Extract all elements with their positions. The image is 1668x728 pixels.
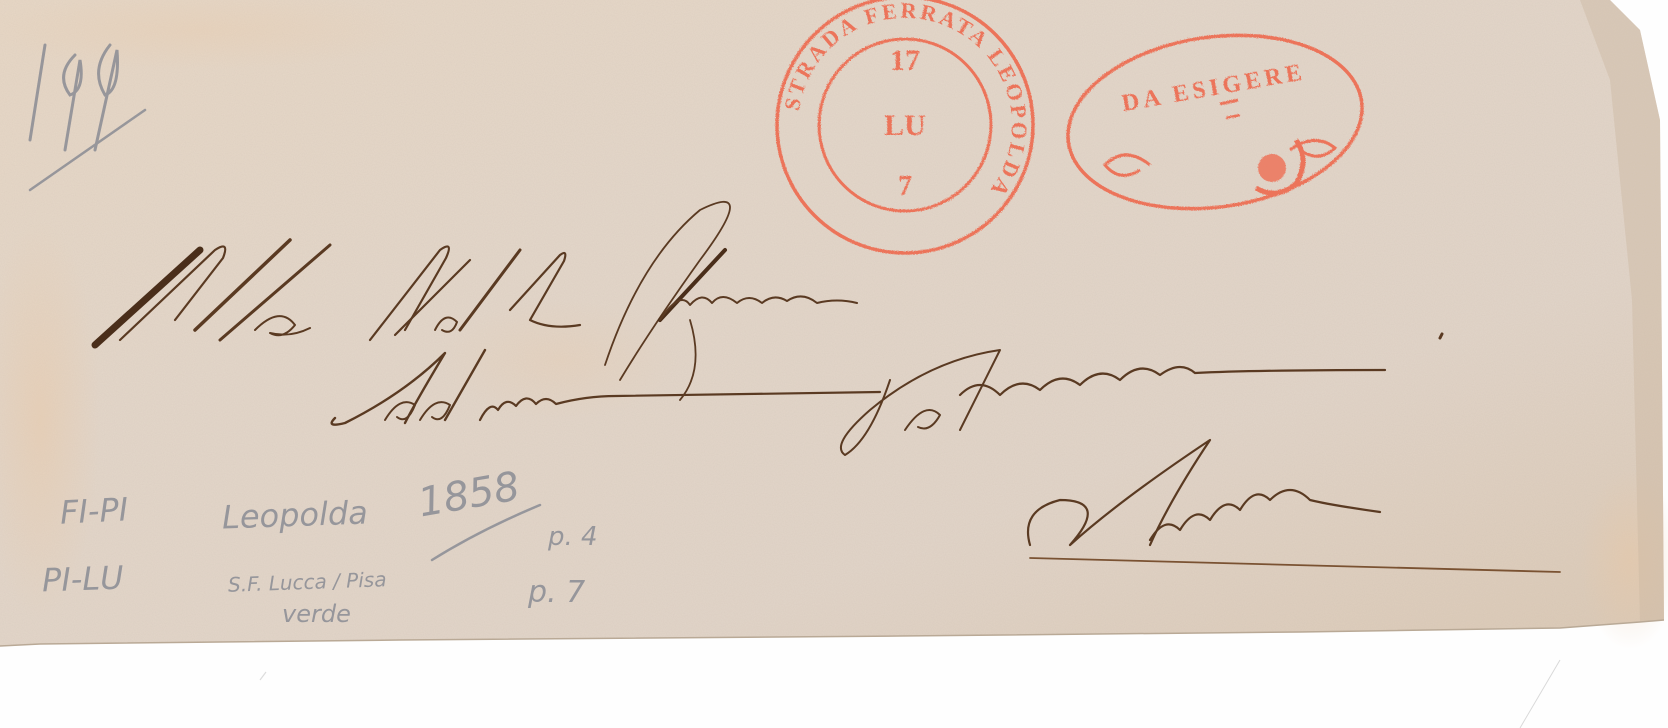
pencil-railway-leopolda: Leopolda xyxy=(221,493,368,536)
pencil-rate-p4: p. 4 xyxy=(548,522,598,552)
envelope: STRADA FERRATA LEOPOLDA 17 LU 7 DA ESIGE… xyxy=(0,0,1668,728)
pencil-route-fi-pi: FI-PI xyxy=(59,490,129,532)
svg-text:7: 7 xyxy=(898,171,912,202)
svg-text:17: 17 xyxy=(890,44,920,77)
photo-scene: STRADA FERRATA LEOPOLDA 17 LU 7 DA ESIGE… xyxy=(0,0,1668,728)
svg-text:LU: LU xyxy=(884,109,926,142)
pencil-color-verde: verde xyxy=(282,600,351,628)
pencil-rate-p7: p. 7 xyxy=(528,575,585,610)
pencil-route-pi-lu: PI-LU xyxy=(41,559,124,600)
